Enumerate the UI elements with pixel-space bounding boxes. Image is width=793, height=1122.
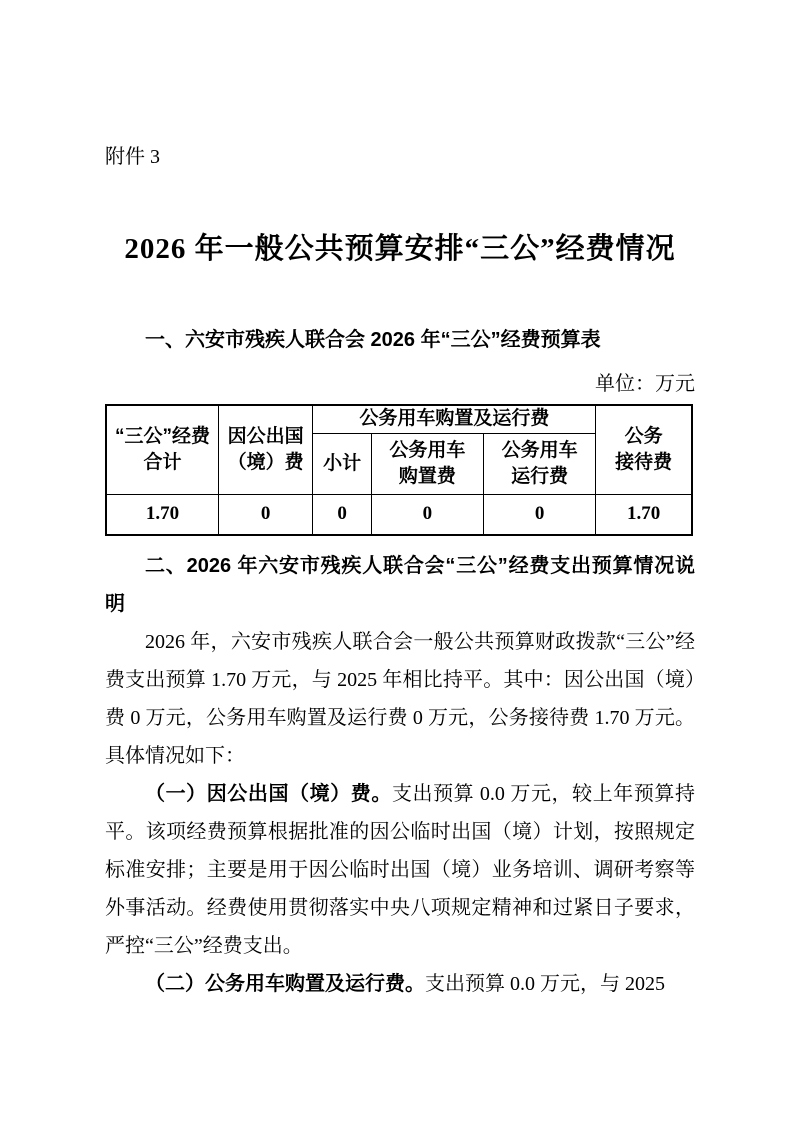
header-reception-line2: 接待费 xyxy=(598,450,689,476)
header-total-line1: “三公”经费 xyxy=(109,424,216,450)
header-purchase-line1: 公务用车 xyxy=(374,438,481,464)
paragraph-abroad-fee-lead: （一）因公出国（境）费。 xyxy=(145,783,392,805)
budget-table: “三公”经费 合计 因公出国 （境）费 公务用车购置及运行费 公务 接待费 小计 xyxy=(105,404,693,536)
header-vehicle-group: 公务用车购置及运行费 xyxy=(313,405,596,433)
header-subtotal: 小计 xyxy=(313,433,372,494)
section-one-heading: 一、六安市残疾人联合会 2026 年“三公”经费预算表 xyxy=(105,327,695,353)
unit-note: 单位：万元 xyxy=(105,371,695,397)
paragraph-overview-text: 2026 年，六安市残疾人联合会一般公共预算财政拨款“三公”经费支出预算 1.7… xyxy=(105,631,695,767)
paragraph-abroad-fee-text: 支出预算 0.0 万元，较上年预算持平。该项经费预算根据批准的因公临时出国（境）… xyxy=(105,783,695,957)
header-reception-line1: 公务 xyxy=(598,424,689,450)
header-abroad-line1: 因公出国 xyxy=(221,424,310,450)
header-reception: 公务 接待费 xyxy=(596,405,692,494)
section-two-heading: 二、2026 年六安市残疾人联合会“三公”经费支出预算情况说明 xyxy=(105,547,695,623)
paragraph-overview: 2026 年，六安市残疾人联合会一般公共预算财政拨款“三公”经费支出预算 1.7… xyxy=(105,623,695,775)
document-title: 2026 年一般公共预算安排“三公”经费情况 xyxy=(105,229,695,269)
header-operation-line2: 运行费 xyxy=(486,464,594,490)
value-subtotal: 0 xyxy=(313,494,372,535)
header-purchase-line2: 购置费 xyxy=(374,464,481,490)
header-total-line2: 合计 xyxy=(109,450,216,476)
paragraph-vehicle-fee: （二）公务用车购置及运行费。支出预算 0.0 万元，与 2025 xyxy=(105,965,695,1003)
attachment-label: 附件 3 xyxy=(105,145,695,169)
value-reception: 1.70 xyxy=(596,494,692,535)
paragraph-vehicle-fee-lead: （二）公务用车购置及运行费。 xyxy=(145,973,425,995)
header-abroad: 因公出国 （境）费 xyxy=(219,405,313,494)
header-operation: 公务用车 运行费 xyxy=(483,433,596,494)
header-purchase: 公务用车 购置费 xyxy=(371,433,483,494)
paragraph-vehicle-fee-text: 支出预算 0.0 万元，与 2025 xyxy=(425,973,665,995)
document-page: 附件 3 2026 年一般公共预算安排“三公”经费情况 一、六安市残疾人联合会 … xyxy=(0,0,793,1122)
table-data-row: 1.70 0 0 0 0 1.70 xyxy=(106,494,692,535)
value-total: 1.70 xyxy=(106,494,219,535)
paragraph-abroad-fee: （一）因公出国（境）费。支出预算 0.0 万元，较上年预算持平。该项经费预算根据… xyxy=(105,775,695,965)
value-operation: 0 xyxy=(483,494,596,535)
document-content: 附件 3 2026 年一般公共预算安排“三公”经费情况 一、六安市残疾人联合会 … xyxy=(105,0,695,1003)
header-total: “三公”经费 合计 xyxy=(106,405,219,494)
header-abroad-line2: （境）费 xyxy=(221,450,310,476)
table-header-row-1: “三公”经费 合计 因公出国 （境）费 公务用车购置及运行费 公务 接待费 xyxy=(106,405,692,433)
header-operation-line1: 公务用车 xyxy=(486,438,594,464)
value-abroad: 0 xyxy=(219,494,313,535)
value-purchase: 0 xyxy=(371,494,483,535)
